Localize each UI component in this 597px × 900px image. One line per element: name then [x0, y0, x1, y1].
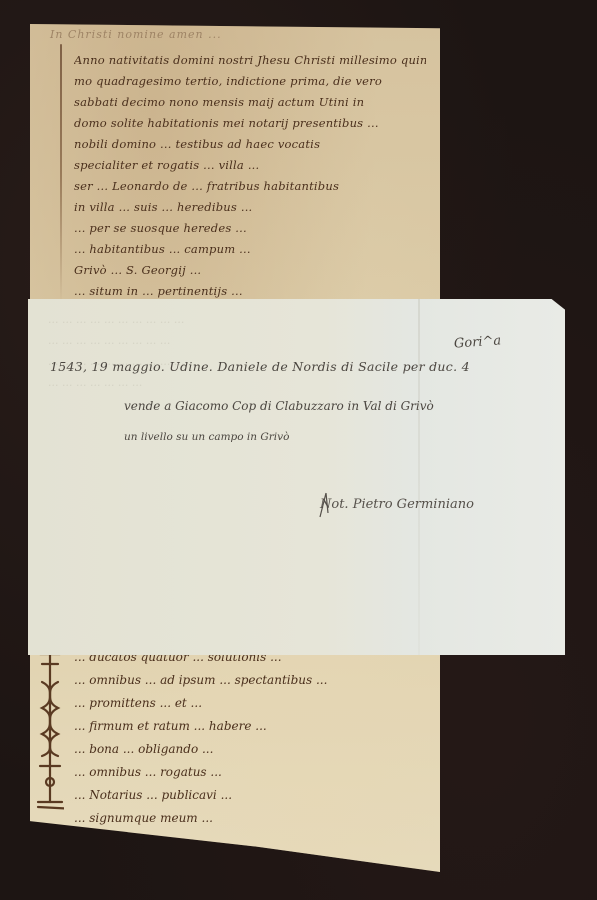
slip-notary-signature: Not. Pietro Germiniano — [320, 497, 474, 512]
manuscript-line: ... omnibus ... ad ipsum ... spectantibu… — [74, 669, 422, 692]
manuscript-line: domo solite habitationis mei notarij pre… — [74, 113, 426, 134]
manuscript-line: nobili domino ... testibus ad haec vocat… — [74, 134, 426, 155]
manuscript-line: mo quadragesimo tertio, indictione prima… — [74, 71, 426, 92]
margin-flourish — [60, 44, 62, 304]
manuscript-line: ser ... Leonardo de ... fratribus habita… — [74, 176, 426, 197]
manuscript-line: ... Notarius ... publicavi ... — [74, 784, 422, 807]
slip-object-line: un livello su un campo in Grivò — [124, 431, 289, 443]
manuscript-line: Grivò ... S. Georgij ... — [74, 260, 426, 281]
slip-place-label: Gori^a — [454, 333, 502, 351]
manuscript-upper-text: Anno nativitatis domini nostri Jhesu Chr… — [74, 50, 426, 323]
manuscript-line: ... signumque meum ... — [74, 807, 422, 830]
manuscript-line: ... bona ... obligando ... — [74, 738, 422, 761]
notary-signum-icon — [36, 642, 64, 812]
slip-summary-line: vende a Giacomo Cop di Clabuzzaro in Val… — [124, 399, 434, 413]
archival-summary-slip: ... ... ... ... ... ... ... ... ... ... … — [28, 299, 565, 655]
manuscript-line: ... per se suosque heredes ... — [74, 218, 426, 239]
manuscript-heading: In Christi nomine amen ... — [50, 28, 390, 41]
manuscript-lower-text: ... ducatos quatuor ... solutionis ... .… — [74, 646, 422, 830]
manuscript-line: ... situm in ... pertinentijs ... — [74, 281, 426, 302]
manuscript-line: in villa ... suis ... heredibus ... — [74, 197, 426, 218]
manuscript-line: ... habitantibus ... campum ... — [74, 239, 426, 260]
manuscript-line: sabbati decimo nono mensis maij actum Ut… — [74, 92, 426, 113]
paper-fold — [418, 299, 420, 655]
manuscript-line: ... promittens ... et ... — [74, 692, 422, 715]
manuscript-line: specialiter et rogatis ... villa ... — [74, 155, 426, 176]
slip-date-line: 1543, 19 maggio. Udine. Daniele de Nordi… — [50, 359, 470, 374]
manuscript-line: ... firmum et ratum ... habere ... — [74, 715, 422, 738]
manuscript-line: ... omnibus ... rogatus ... — [74, 761, 422, 784]
manuscript-line: Anno nativitatis domini nostri Jhesu Chr… — [74, 50, 426, 71]
